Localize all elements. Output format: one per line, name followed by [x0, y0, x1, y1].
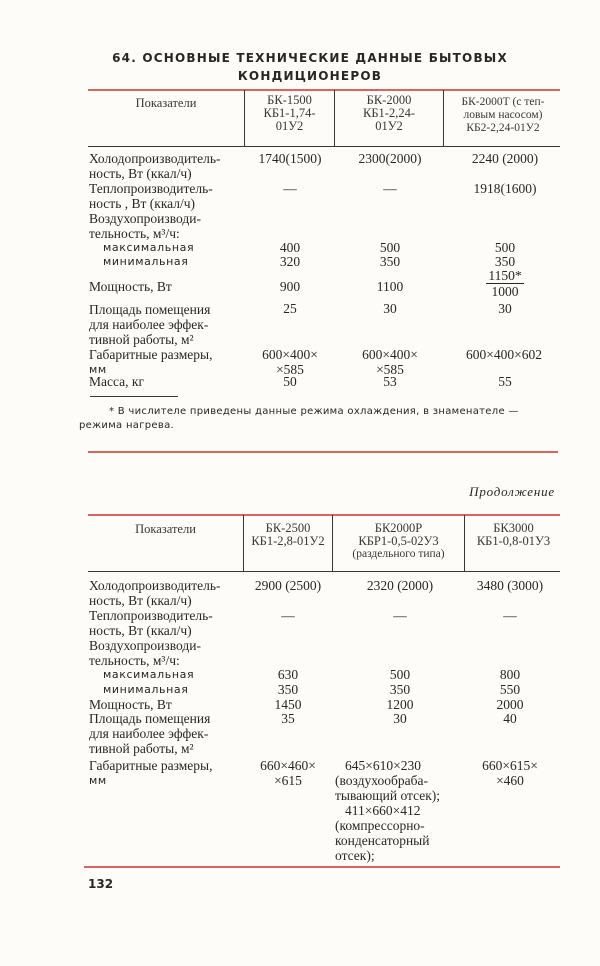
cell-power-bk2000: 1100	[340, 279, 440, 294]
fraction-denominator: 1000	[492, 284, 519, 299]
title-line-2: КОНДИЦИОНЕРОВ	[60, 67, 560, 85]
cell-power-bk2500: 1450	[238, 697, 338, 712]
header-line: КБР1-0,5-02У3	[333, 535, 464, 548]
table1-top-rule	[88, 89, 560, 91]
header-line: 01У2	[335, 120, 443, 133]
table1-header-bk2000: БК-2000 КБ1-2,24- 01У2	[335, 94, 443, 133]
section-rule	[88, 451, 558, 453]
cell-power-bk2000p: 1200	[345, 697, 455, 712]
cell-dims-bk2500: 660×460× ×615	[238, 758, 338, 788]
cell-max-bk2000: 500	[340, 240, 440, 255]
cell-cooling-bk2500: 2900 (2500)	[238, 578, 338, 593]
cell-max-bk2500: 630	[238, 667, 338, 682]
cell-min-bk1500: 320	[240, 254, 340, 269]
cell-power-bk2000t: 1150* 1000	[450, 268, 560, 299]
header-line: (раздельного типа)	[333, 548, 464, 561]
cell-heating-bk1500: —	[240, 181, 340, 196]
cell-cooling-bk2000p: 2320 (2000)	[345, 578, 455, 593]
cell-min-bk2000p: 350	[345, 682, 455, 697]
header-line: 01У2	[245, 120, 334, 133]
power-fraction: 1150* 1000	[486, 268, 523, 299]
cell-cooling-bk3000: 3480 (3000)	[460, 578, 560, 593]
row-label-airflow: Воздухопроизводи- тельность, м³/ч:	[89, 211, 269, 241]
cell-heating-bk2000p: —	[345, 608, 455, 623]
t2-row-label-airflow: Воздухопроизводи- тельность, м³/ч:	[89, 638, 269, 668]
table1-header-rule	[88, 146, 560, 147]
value-line: 645×610×230	[335, 758, 460, 773]
label-line: тивной работы, м²	[89, 332, 269, 347]
footnote-line: режима нагрева.	[79, 419, 559, 433]
value-line: 660×615×	[460, 758, 560, 773]
cell-max-bk2000t: 500	[450, 240, 560, 255]
cell-area-bk2000t: 30	[450, 301, 560, 316]
label-line: ность, Вт (ккал/ч)	[89, 593, 269, 608]
table1-header-bk2000t: БК-2000Т (с теп- ловым насосом) КБ2-2,24…	[444, 96, 562, 135]
table2-header-indicators: Показатели	[88, 523, 243, 536]
cell-heating-bk2000: —	[340, 181, 440, 196]
table2-top-rule	[88, 514, 560, 516]
table2-header-rule	[88, 571, 560, 572]
cell-max-bk3000: 800	[460, 667, 560, 682]
cell-mass-bk2000: 53	[340, 374, 440, 389]
value-line: (воздухообраба-	[335, 773, 460, 788]
title-line-1: 64. ОСНОВНЫЕ ТЕХНИЧЕСКИЕ ДАННЫЕ БЫТОВЫХ	[60, 49, 560, 67]
value-line: 600×400×	[340, 347, 440, 362]
cell-power-bk1500: 900	[240, 279, 340, 294]
cell-max-bk1500: 400	[240, 240, 340, 255]
cell-min-bk2000t: 350	[450, 254, 560, 269]
header-line: КБ1-2,8-01У2	[244, 535, 332, 548]
cell-cooling-bk1500: 1740(1500)	[240, 151, 340, 166]
value-line: конденсаторный	[335, 833, 460, 848]
label-line: тельность, м³/ч:	[89, 653, 269, 668]
continuation-label: Продолжение	[469, 484, 555, 500]
cell-heating-bk2500: —	[238, 608, 338, 623]
page-bottom-rule	[84, 866, 560, 868]
header-line: БК-2000Т (с теп-	[444, 96, 562, 109]
cell-area-bk1500: 25	[240, 301, 340, 316]
value-line: 600×400×	[240, 347, 340, 362]
cell-min-bk2500: 350	[238, 682, 338, 697]
cell-area-bk2000p: 30	[345, 711, 455, 726]
header-line: ловым насосом)	[444, 109, 562, 122]
table1-header-bk1500: БК-1500 КБ1-1,74- 01У2	[245, 94, 334, 133]
header-line: КБ2-2,24-01У2	[444, 122, 562, 135]
label-line: Воздухопроизводи-	[89, 638, 269, 653]
cell-min-bk2000: 350	[340, 254, 440, 269]
label-line: тивной работы, м²	[89, 741, 269, 756]
value-line: ×615	[238, 773, 338, 788]
cell-heating-bk2000t: 1918(1600)	[450, 181, 560, 196]
cell-cooling-bk2000: 2300(2000)	[340, 151, 440, 166]
value-line: тывающий отсек);	[335, 788, 460, 803]
value-line: 660×460×	[238, 758, 338, 773]
cell-area-bk2000: 30	[340, 301, 440, 316]
table2-header-bk3000: БК3000 КБ1-0,8-01У3	[465, 522, 562, 548]
label-line: для наиболее эффек-	[89, 726, 269, 741]
cell-mass-bk2000t: 55	[450, 374, 560, 389]
table-title: 64. ОСНОВНЫЕ ТЕХНИЧЕСКИЕ ДАННЫЕ БЫТОВЫХ …	[60, 49, 560, 85]
cell-mass-bk1500: 50	[240, 374, 340, 389]
cell-power-bk3000: 2000	[460, 697, 560, 712]
label-line: ность , Вт (ккал/ч)	[89, 196, 269, 211]
cell-max-bk2000p: 500	[345, 667, 455, 682]
table1-header-indicators: Показатели	[88, 97, 244, 110]
value-line: (компрессорно-	[335, 818, 460, 833]
label-line: ность, Вт (ккал/ч)	[89, 623, 269, 638]
label-line: тельность, м³/ч:	[89, 226, 269, 241]
cell-min-bk3000: 550	[460, 682, 560, 697]
cell-dims-bk1500: 600×400× ×585	[240, 347, 340, 377]
value-line: 411×660×412	[335, 803, 460, 818]
label-line: для наиболее эффек-	[89, 317, 269, 332]
page-number: 132	[88, 877, 113, 891]
value-line: ×460	[460, 773, 560, 788]
label-line: ность, Вт (ккал/ч)	[89, 166, 269, 181]
value-line: отсек);	[335, 848, 460, 863]
fraction-numerator: 1150*	[486, 268, 523, 284]
cell-area-bk3000: 40	[460, 711, 560, 726]
cell-heating-bk3000: —	[460, 608, 560, 623]
cell-cooling-bk2000t: 2240 (2000)	[450, 151, 560, 166]
footnote-line: * В числителе приведены данные режима ох…	[79, 405, 559, 419]
label-line: Воздухопроизводи-	[89, 211, 269, 226]
cell-dims-bk3000: 660×615× ×460	[460, 758, 560, 788]
cell-area-bk2500: 35	[238, 711, 338, 726]
cell-dims-bk2000t: 600×400×602	[444, 347, 564, 362]
cell-dims-bk2000: 600×400× ×585	[340, 347, 440, 377]
header-line: КБ1-0,8-01У3	[465, 535, 562, 548]
footnote: * В числителе приведены данные режима ох…	[79, 405, 559, 433]
table2-header-bk2500: БК-2500 КБ1-2,8-01У2	[244, 522, 332, 548]
cell-dims-bk2000p: 645×610×230 (воздухообраба- тывающий отс…	[335, 758, 460, 863]
table2-header-bk2000p: БК2000Р КБР1-0,5-02У3 (раздельного типа)	[333, 522, 464, 561]
footnote-rule	[90, 396, 178, 397]
